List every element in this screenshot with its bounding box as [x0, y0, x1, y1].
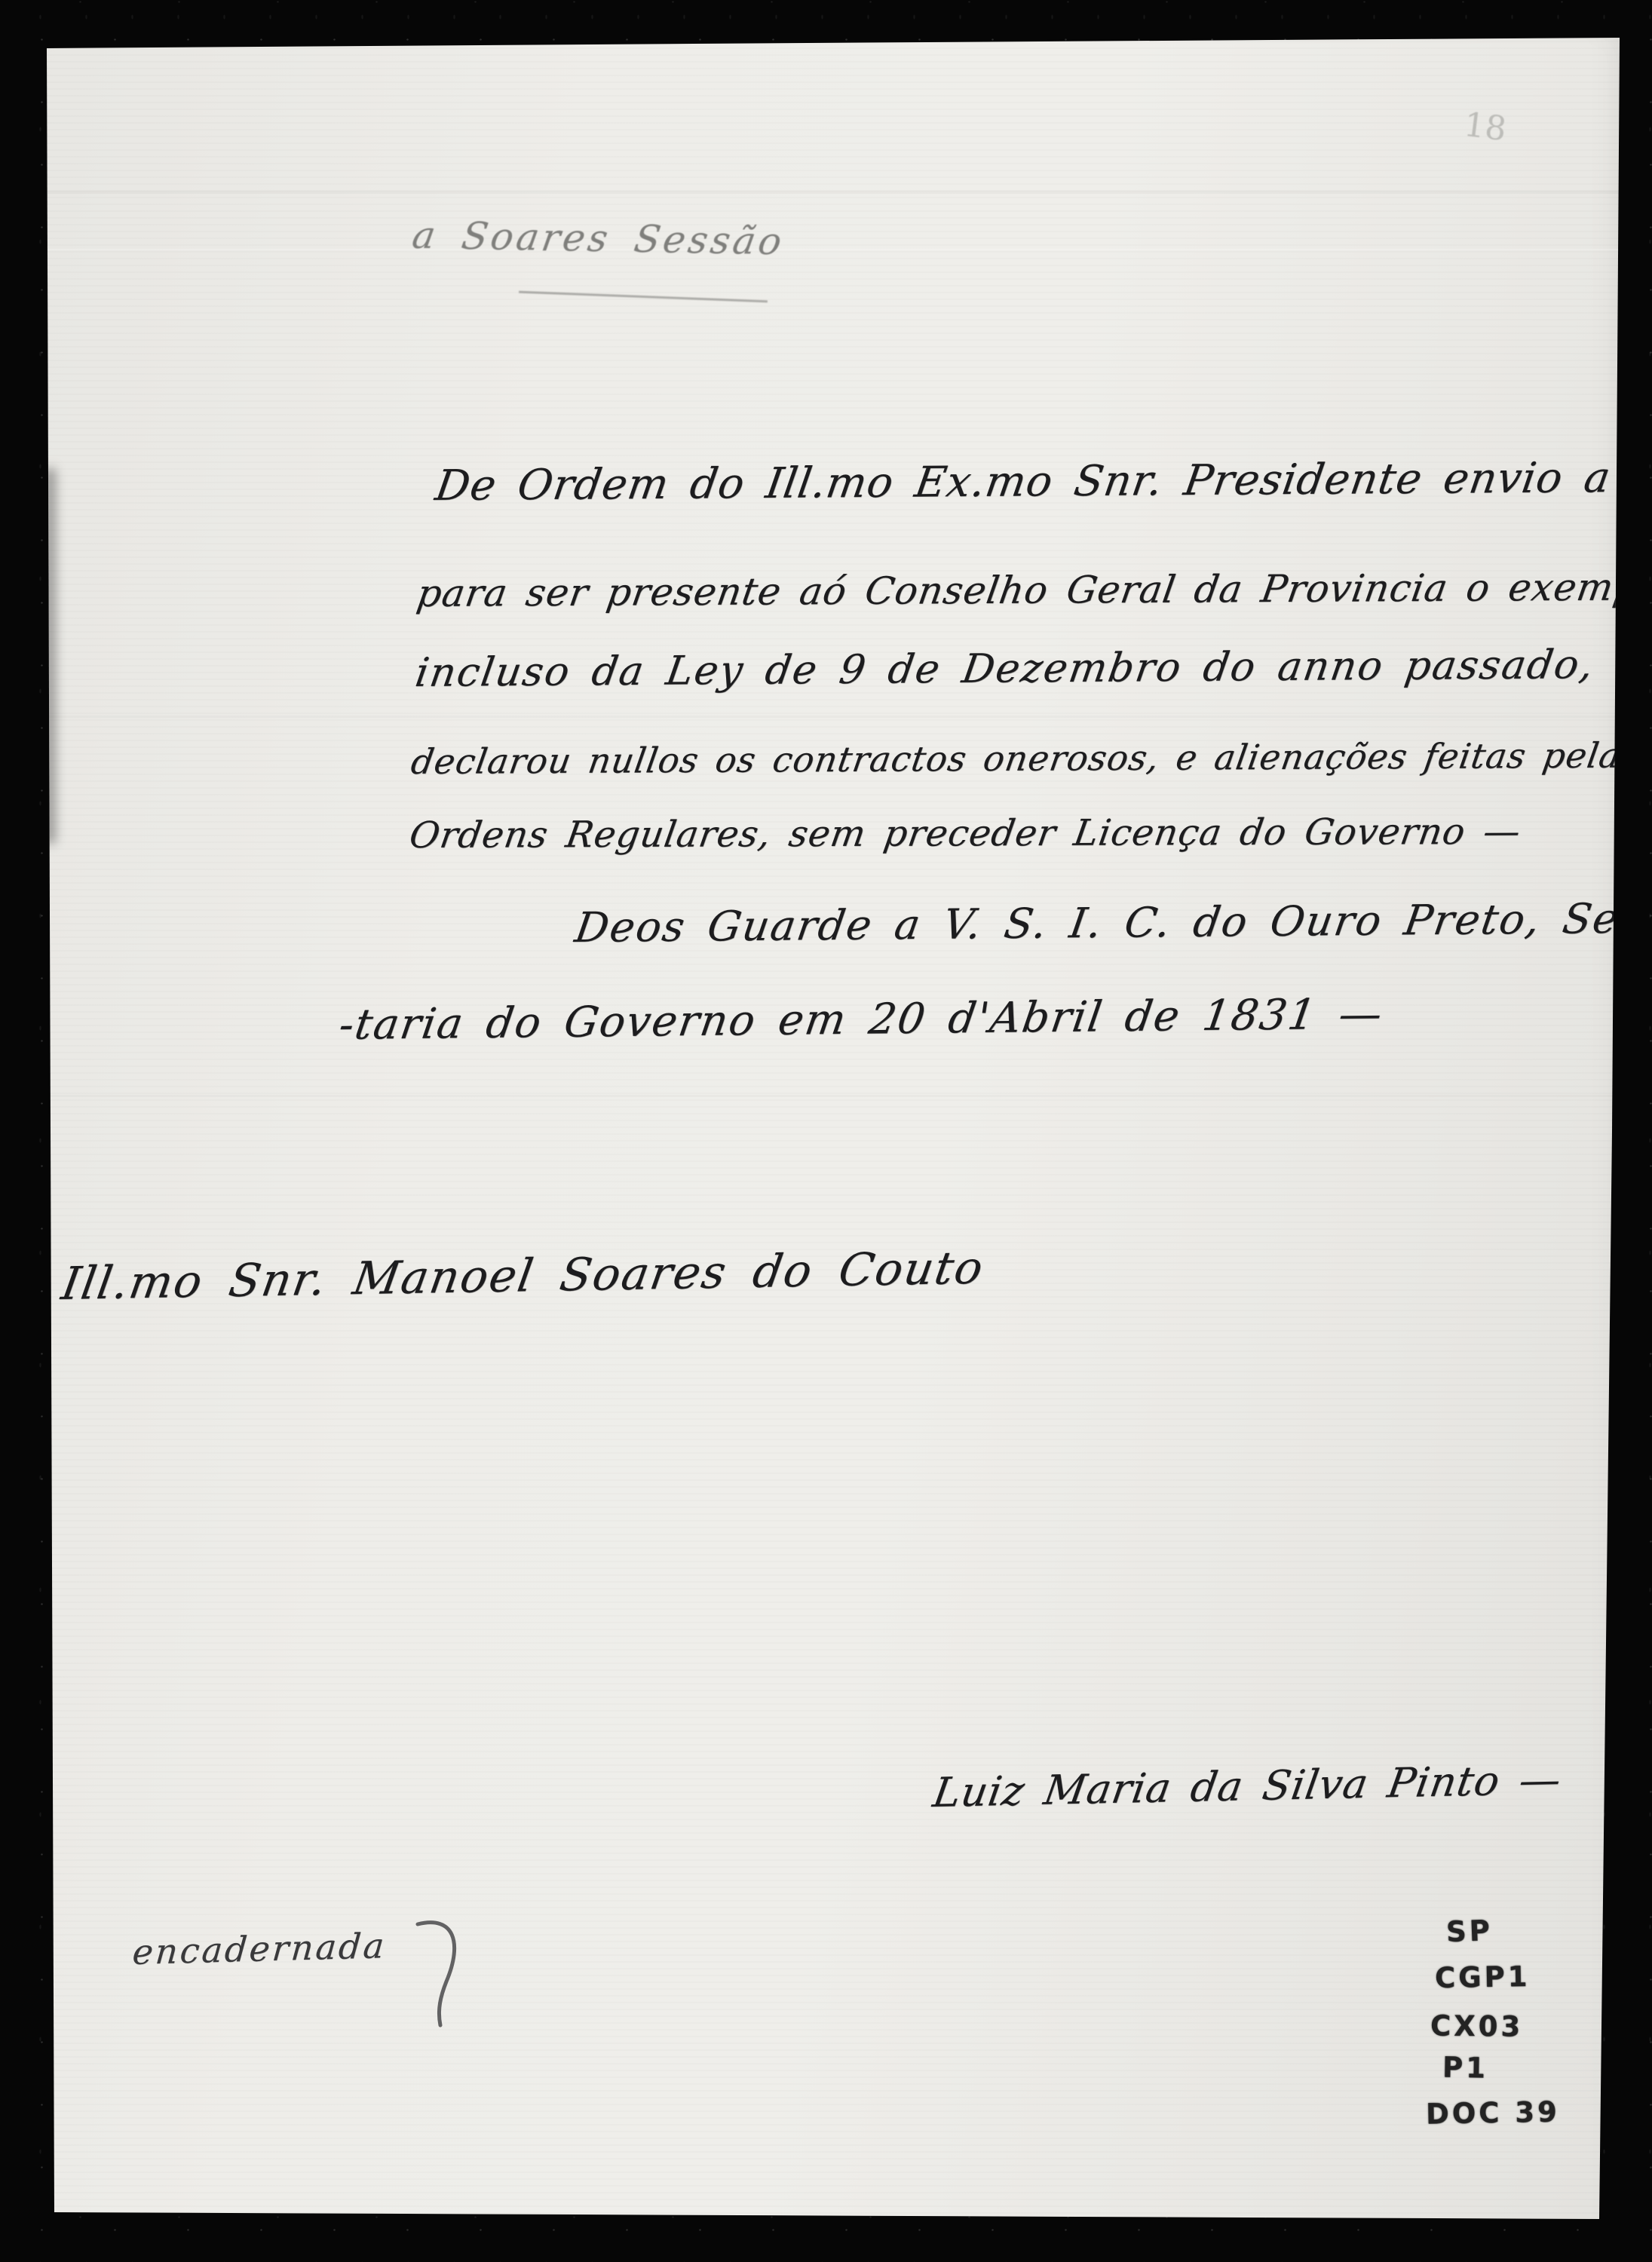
archival-code-sp: SP — [1445, 1914, 1493, 1948]
scan-smudge — [44, 467, 56, 844]
archival-code-cx: CX03 — [1430, 2009, 1524, 2043]
body-line-6: Deos Guarde a V. S. I. C. do Ouro Preto,… — [572, 893, 1652, 952]
body-line-4: declarou nullos os contractos onerosos, … — [409, 734, 1643, 782]
addressee-line: Ill.mo Snr. Manoel Soares do Couto — [58, 1242, 988, 1310]
pencil-session-note: a Soares Sessão — [409, 213, 788, 264]
page-number-pencil: 18 — [1462, 106, 1509, 149]
body-line-5: Ordens Regulares, sem preceder Licença d… — [406, 811, 1524, 857]
signature-line: Luiz Maria da Silva Pinto — — [930, 1756, 1565, 1816]
pencil-underline — [519, 291, 768, 303]
archival-code-cgp: CGP1 — [1435, 1960, 1531, 1994]
flourish-stroke — [407, 1914, 475, 2034]
binding-note: encadernada — [131, 1925, 388, 1972]
body-line-2: para ser presente aó Conselho Geral da P… — [414, 565, 1652, 615]
ink-speck — [30, 2089, 50, 2114]
body-line-7: -taria do Governo em 20 d'Abril de 1831 … — [336, 990, 1387, 1050]
archival-code-doc: DOC 39 — [1426, 2095, 1560, 2130]
body-line-3: incluso da Ley de 9 de Dezembro do anno … — [412, 641, 1652, 696]
body-line-1: De Ordem do Ill.mo Ex.mo Snr. Presidente… — [432, 452, 1652, 510]
paper-sheet: a Soares Sessão 18 De Ordem do Ill.mo Ex… — [0, 0, 1652, 2262]
scanned-page: a Soares Sessão 18 De Ordem do Ill.mo Ex… — [0, 0, 1652, 2262]
archival-code-p: P1 — [1442, 2051, 1489, 2084]
